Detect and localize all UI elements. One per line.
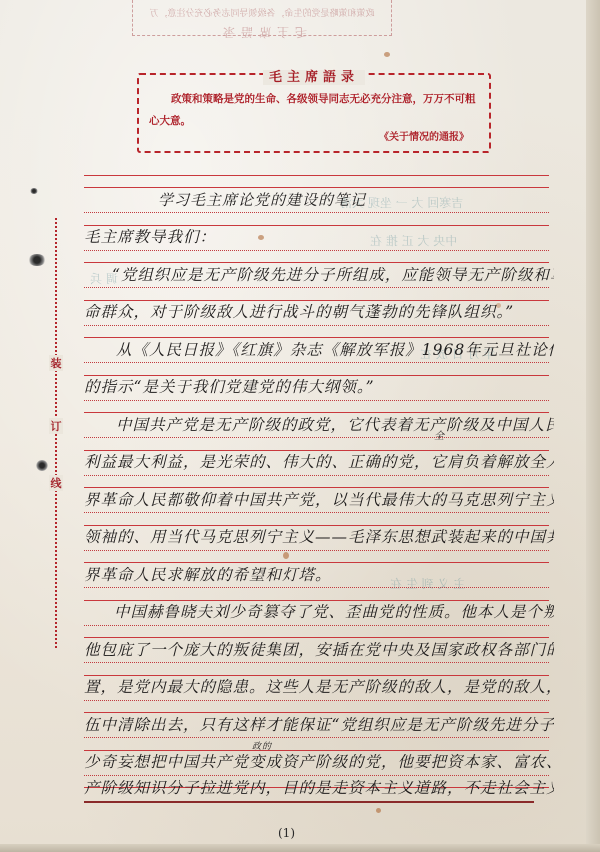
annotation-insert: 政的 [252, 740, 282, 754]
note-line: 毛主席教导我们： [84, 222, 554, 252]
note-line: 置，是党内最大的隐患。这些人是无产阶级的敌人，是党的敌人，必须从党的队 [84, 672, 554, 702]
note-line: 从《人民日报》《红旗》杂志《解放军报》1968年元旦社论传达毛主席 [116, 335, 554, 365]
note-title: 学习毛主席论党的建设的笔记 [158, 185, 600, 215]
note-line: 伍中清除出去，只有这样才能保证“党组织应是无产阶级先进分子所组成”。刘 [84, 710, 554, 740]
note-line: 命群众，对于阶级敌人进行战斗的朝气蓬勃的先锋队组织。” [84, 297, 554, 327]
stain [384, 52, 390, 57]
note-line: 界革命人民都敬仰着中国共产党，以当代最伟大的马克思列宁主义者毛主席为 [84, 485, 554, 515]
stain [283, 552, 289, 559]
stain [258, 235, 264, 240]
note-line: 产阶级知识分子拉进党内，目的是走资本主义道路，不走社会主义道路。 [84, 773, 554, 803]
punch-hole [30, 188, 38, 194]
punch-hole [36, 460, 48, 471]
note-line: 界革命人民求解放的希望和灯塔。 [84, 560, 554, 590]
note-line: 中国共产党是无产阶级的政党，它代表着无产阶级及中国人民的根本 [116, 410, 554, 440]
page-number: (1) [278, 826, 295, 840]
binding-char-xian: 线 [49, 475, 63, 491]
binding-char-zhuang: 装 [49, 355, 63, 371]
note-line: 领袖的、用当代马克思列宁主义——毛泽东思想武装起来的中国共产党是全世 [84, 522, 554, 552]
note-line: 中国赫鲁晓夫刘少奇篡夺了党、歪曲党的性质。他本人是个叛徒， [114, 597, 554, 627]
paper-edge [586, 0, 600, 852]
rule-line [84, 175, 549, 176]
note-line: “党组织应是无产阶级先进分子所组成，应能领导无产阶级和革 [112, 260, 554, 290]
annotation-insert: 全 [434, 430, 454, 444]
binding-char-ding: 订 [49, 418, 63, 434]
document-page: 政策和策略是党的生命，各级领导同志务必充分注意，万 毛主席語录 毛主席語录 政策… [0, 0, 600, 852]
paper-edge [0, 844, 600, 852]
stain [496, 303, 501, 308]
stain [376, 808, 381, 813]
note-line: 他包庇了一个庞大的叛徒集团，安插在党中央及国家政权各部门的要害位 [84, 635, 554, 665]
note-line: 利益最大利益，是光荣的、伟大的、正确的党，它肩负着解放全人类的历史使命。世 [84, 447, 554, 477]
note-line: 的指示“是关于我们党建党的伟大纲领。” [84, 372, 554, 402]
punch-hole [28, 254, 46, 266]
